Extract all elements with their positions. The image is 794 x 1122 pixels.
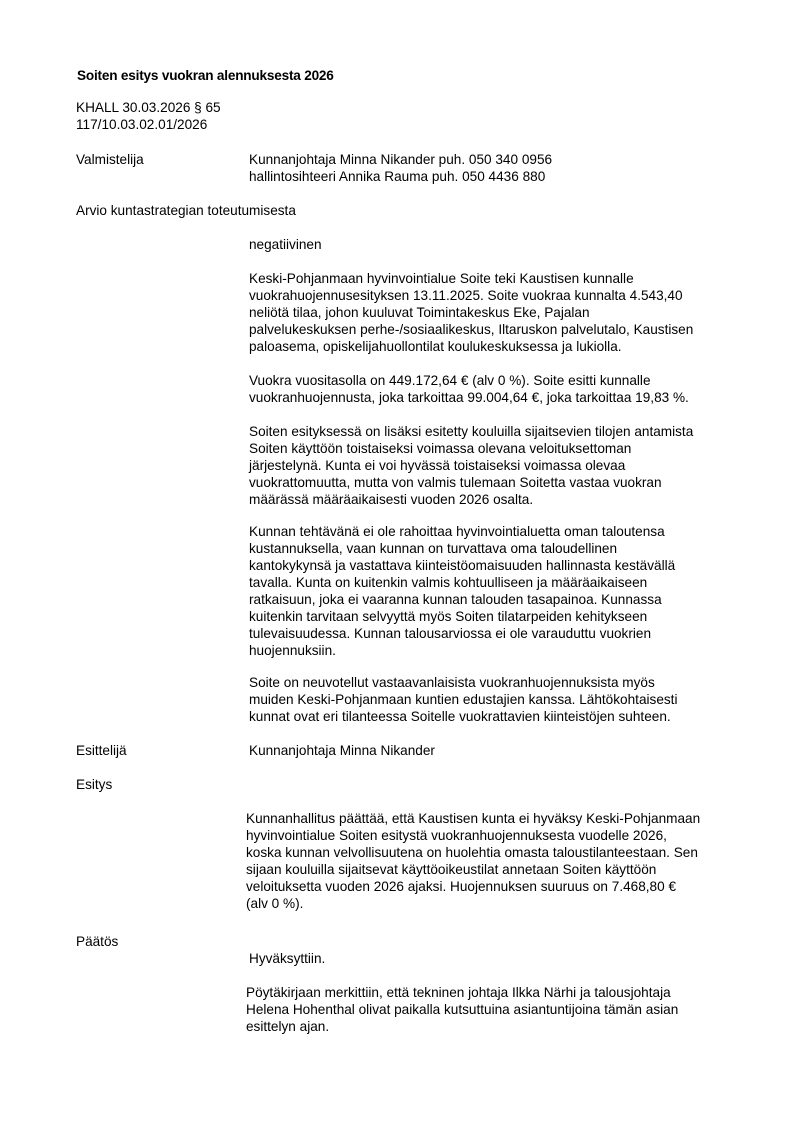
presenter-label: Esittelijä: [76, 742, 127, 759]
text-line: Helena Hohenthal olivat paikalla kutsutt…: [246, 1001, 746, 1018]
proposal-text: Kunnanhallitus päättää, että Kaustisen k…: [246, 810, 746, 912]
background-paragraph: Vuokra vuositasolla on 449.172,64 € (alv…: [249, 372, 749, 406]
text-line: kantokykynsä ja vastattava kiinteistöoma…: [249, 557, 749, 574]
preparer-label: Valmistelija: [76, 151, 144, 168]
text-line: järjestelynä. Kunta ei voi hyvässä toist…: [249, 457, 749, 474]
record-number: 117/10.03.02.01/2026: [76, 116, 207, 133]
text-line: koska kunnan velvollisuutena on huolehti…: [246, 844, 746, 861]
strategy-assessment-label: Arvio kuntastrategian toteutumisesta: [76, 202, 296, 219]
text-line: palvelukeskuksen perhe-/sosiaalikeskus, …: [249, 321, 749, 338]
text-line: kustannuksella, vaan kunnan on turvattav…: [249, 540, 749, 557]
text-line: määrässä määräaikaisesti vuoden 2026 osa…: [249, 491, 749, 508]
meeting-reference: KHALL 30.03.2026 § 65: [76, 99, 221, 116]
text-line: paloasema, opiskelijahuollontilat kouluk…: [249, 338, 749, 355]
text-line: tavalla. Kunta on kuitenkin valmis kohtu…: [249, 574, 749, 591]
text-line: Soite on neuvotellut vastaavanlaisista v…: [249, 674, 749, 691]
proposal-label: Esitys: [76, 776, 112, 793]
background-paragraph: Kunnan tehtävänä ei ole rahoittaa hyvinv…: [249, 523, 749, 659]
presenter-value: Kunnanjohtaja Minna Nikander: [249, 742, 435, 759]
preparer-line: Kunnanjohtaja Minna Nikander puh. 050 34…: [249, 151, 552, 168]
background-paragraph: Keski-Pohjanmaan hyvinvointialue Soite t…: [249, 270, 749, 355]
background-paragraph: Soite on neuvotellut vastaavanlaisista v…: [249, 674, 749, 725]
text-line: hyvinvointialue Soiten esitystä vuokranh…: [246, 827, 746, 844]
strategy-assessment-value: negatiivinen: [249, 236, 322, 253]
text-line: Vuokra vuositasolla on 449.172,64 € (alv…: [249, 372, 749, 389]
text-line: Soiten käyttöön toistaiseksi voimassa ol…: [249, 440, 749, 457]
decision-note: Pöytäkirjaan merkittiin, että tekninen j…: [246, 984, 746, 1035]
text-line: veloituksetta vuoden 2026 ajaksi. Huojen…: [246, 878, 746, 895]
text-line: Kunnanhallitus päättää, että Kaustisen k…: [246, 810, 746, 827]
text-line: kuitenkin tarvitaan selvyyttä myös Soite…: [249, 608, 749, 625]
text-line: neliötä tilaa, johon kuuluvat Toimintake…: [249, 304, 749, 321]
decision-result: Hyväksyttiin.: [249, 950, 325, 967]
text-line: Soiten esityksessä on lisäksi esitetty k…: [249, 423, 749, 440]
text-line: vuokranhuojennusta, joka tarkoittaa 99.0…: [249, 389, 749, 406]
text-line: muiden Keski-Pohjanmaan kuntien edustaji…: [249, 691, 749, 708]
preparer-line: hallintosihteeri Annika Rauma puh. 050 4…: [249, 168, 545, 185]
text-line: ratkaisuun, joka ei vaaranna kunnan talo…: [249, 591, 749, 608]
text-line: (alv 0 %).: [246, 895, 746, 912]
text-line: huojennuksiin.: [249, 642, 749, 659]
decision-label: Päätös: [76, 933, 118, 950]
text-line: tulevaisuudessa. Kunnan talousarviossa e…: [249, 625, 749, 642]
text-line: Kunnan tehtävänä ei ole rahoittaa hyvinv…: [249, 523, 749, 540]
text-line: kunnat ovat eri tilanteessa Soitelle vuo…: [249, 708, 749, 725]
document-title: Soiten esitys vuokran alennuksesta 2026: [77, 67, 334, 84]
text-line: vuokrahuojennusesityksen 13.11.2025. Soi…: [249, 287, 749, 304]
text-line: esittelyn ajan.: [246, 1018, 746, 1035]
text-line: sijaan kouluilla sijaitsevat käyttöoikeu…: [246, 861, 746, 878]
text-line: Keski-Pohjanmaan hyvinvointialue Soite t…: [249, 270, 749, 287]
background-paragraph: Soiten esityksessä on lisäksi esitetty k…: [249, 423, 749, 508]
text-line: vuokrattomuutta, mutta von valmis tulema…: [249, 474, 749, 491]
text-line: Pöytäkirjaan merkittiin, että tekninen j…: [246, 984, 746, 1001]
